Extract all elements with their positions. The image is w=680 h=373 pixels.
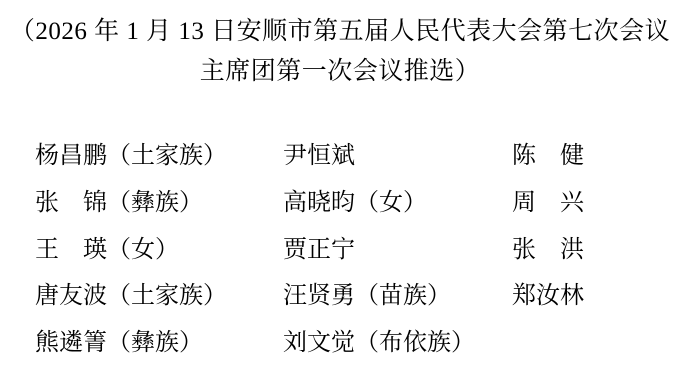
member-name: 张 锦（彝族） xyxy=(35,189,283,217)
members-name-list: 杨昌鹏（土家族） 尹恒斌 陈 健 张 锦（彝族） 高晓昀（女） 周 兴 王 瑛（… xyxy=(35,142,584,373)
document-page: （2026 年 1 月 13 日安顺市第五届人民代表大会第七次会议 主席团第一次… xyxy=(0,0,680,373)
member-name: 郑汝林 xyxy=(512,282,584,310)
member-name: 杨昌鹏（土家族） xyxy=(35,142,283,170)
member-name: 张 洪 xyxy=(512,236,584,264)
election-note-line2: 主席团第一次会议推选） xyxy=(0,52,680,92)
member-name: 高晓昀（女） xyxy=(283,189,512,217)
member-name: 唐友波（土家族） xyxy=(35,282,283,310)
member-name: 熊遴箐（彝族） xyxy=(35,329,283,357)
election-note-line1: （2026 年 1 月 13 日安顺市第五届人民代表大会第七次会议 xyxy=(0,12,680,52)
member-name: 贾正宁 xyxy=(283,236,512,264)
member-name: 尹恒斌 xyxy=(283,142,512,170)
election-note-title: （2026 年 1 月 13 日安顺市第五届人民代表大会第七次会议 主席团第一次… xyxy=(0,12,680,92)
member-name: 周 兴 xyxy=(512,189,584,217)
member-name: 王 瑛（女） xyxy=(35,236,283,264)
member-name: 刘文觉（布依族） xyxy=(283,329,512,357)
member-name: 陈 健 xyxy=(512,142,584,170)
member-name: 汪贤勇（苗族） xyxy=(283,282,512,310)
